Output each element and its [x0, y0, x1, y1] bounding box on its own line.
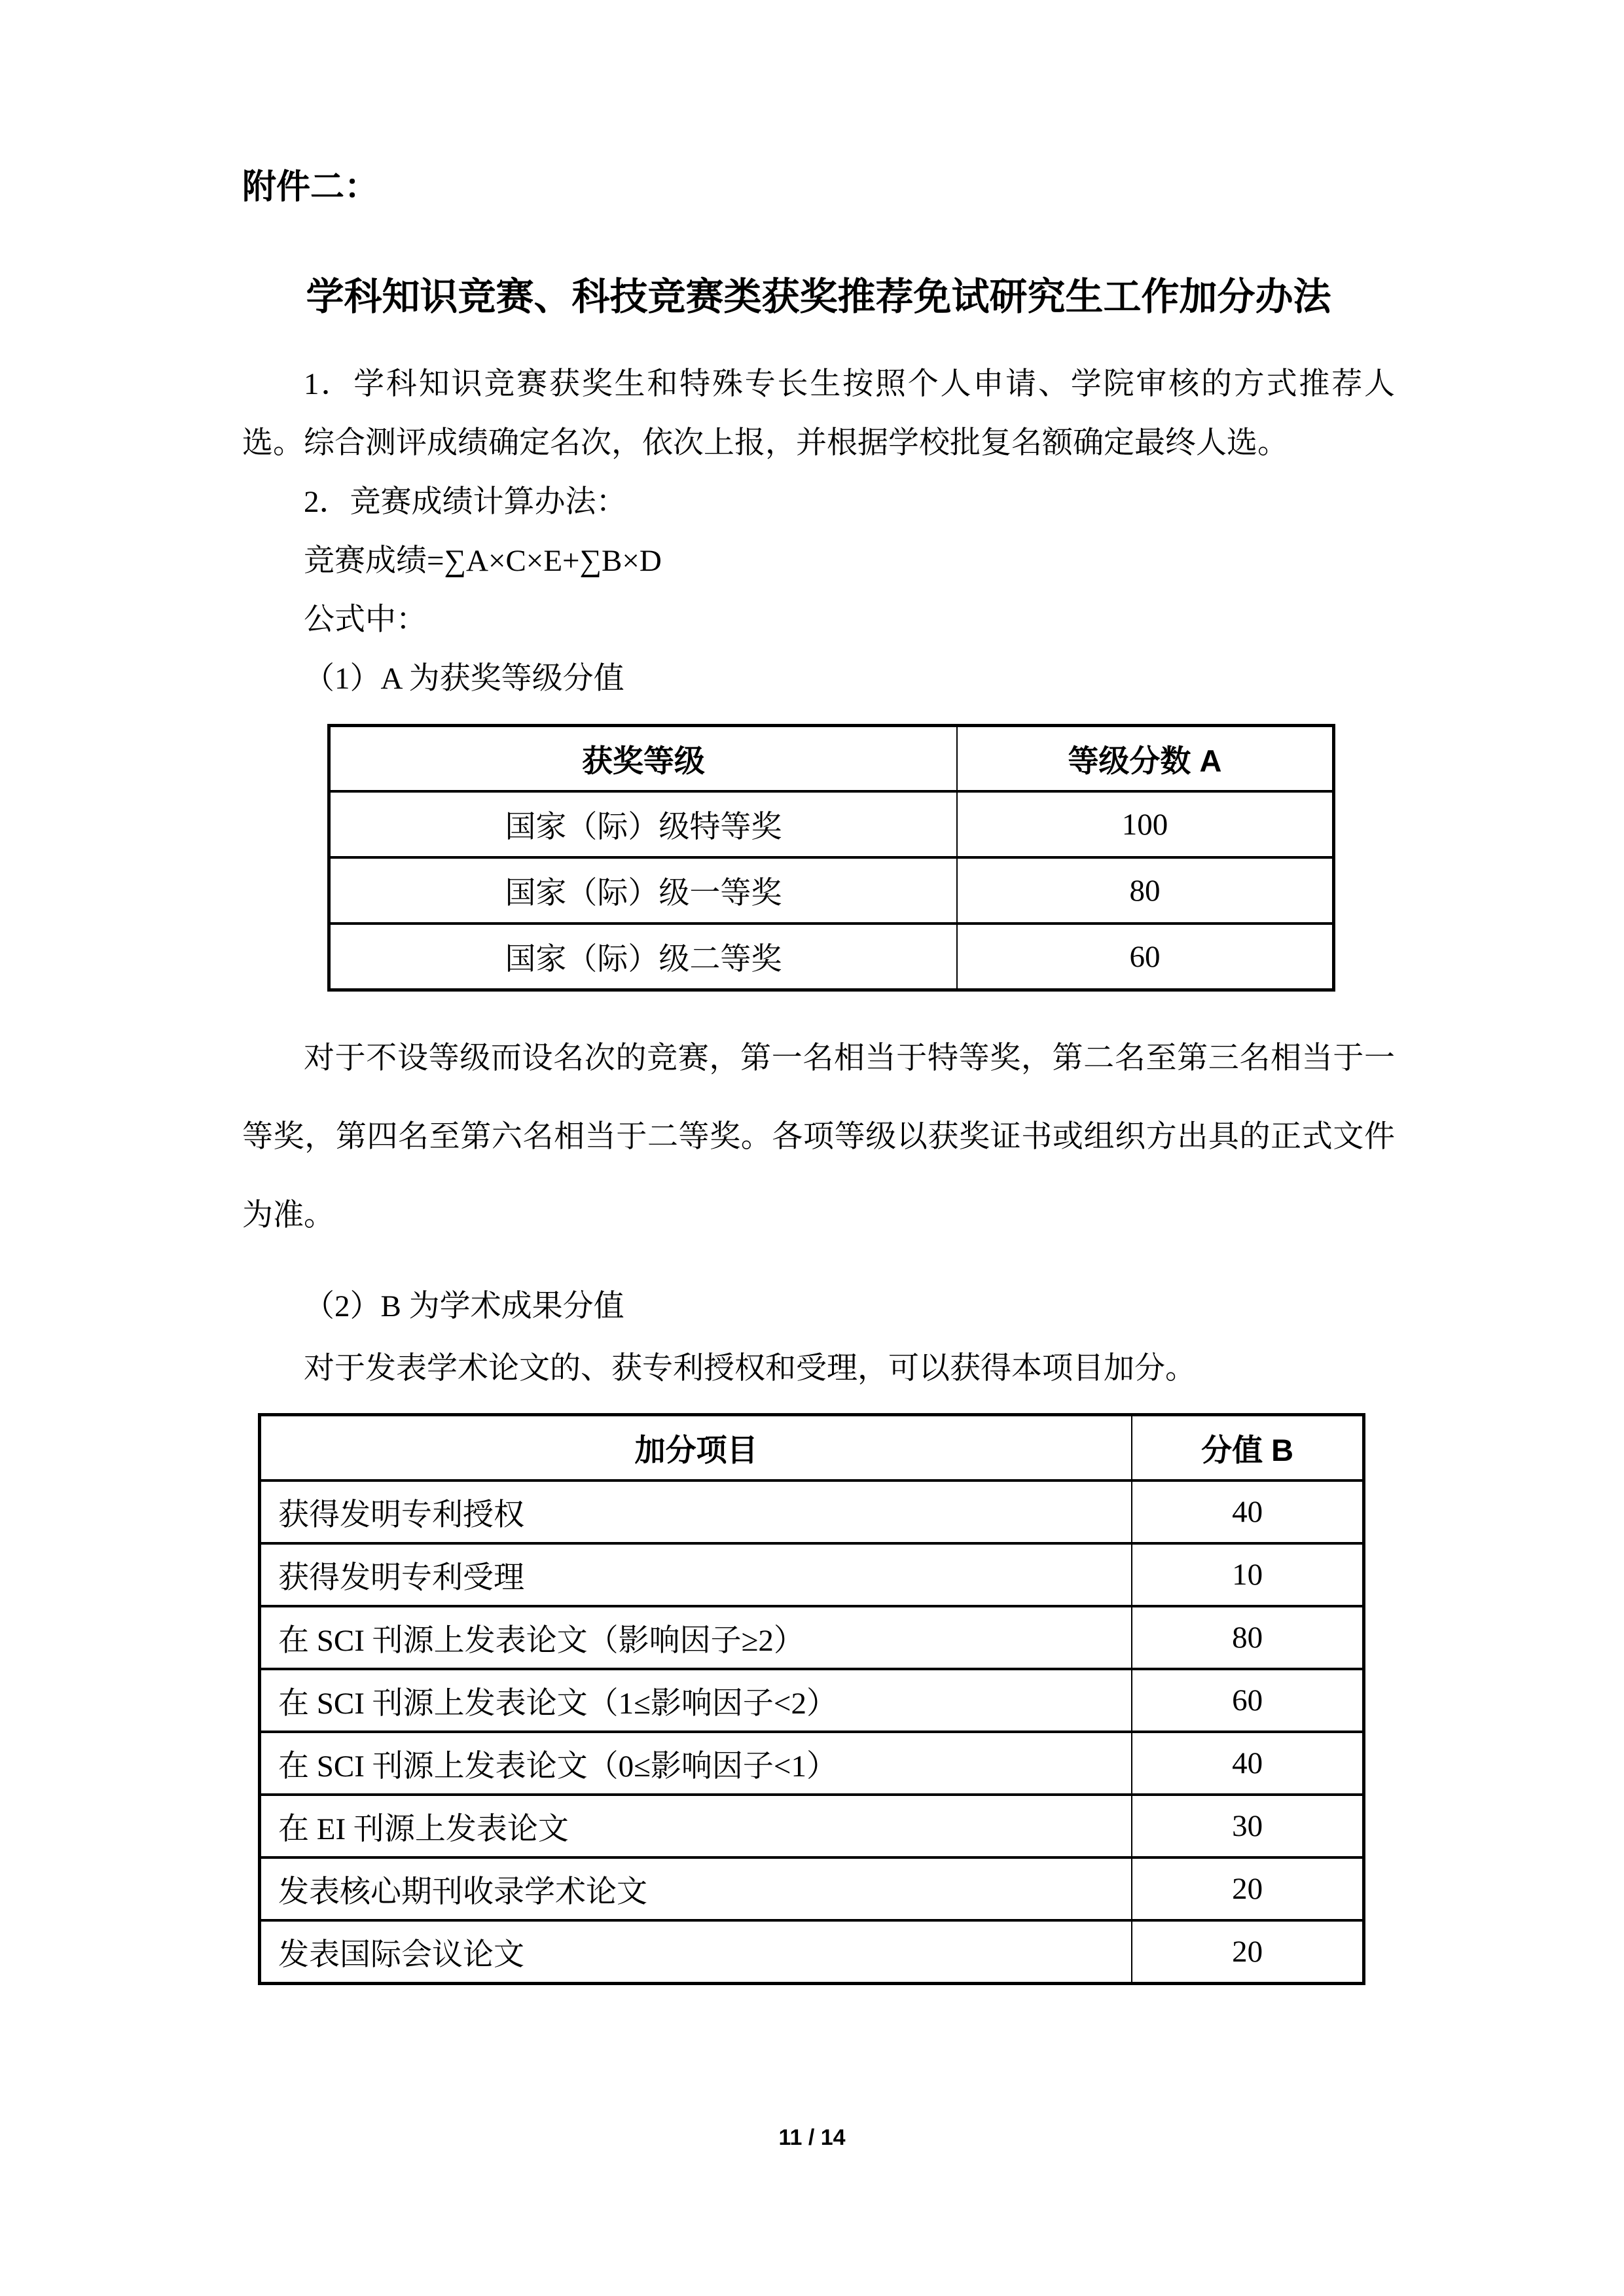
score-b-header: 分值 B: [1132, 1415, 1363, 1481]
table-row: 国家（际）级二等奖60: [329, 924, 1334, 990]
paragraph-selection-method: 1．学科知识竞赛获奖生和特殊专长生按照个人申请、学院审核的方式推荐人选。综合测评…: [242, 355, 1395, 473]
document-page: 附件二： 学科知识竞赛、科技竞赛类获奖推荐免试研究生工作加分办法 1．学科知识竞…: [0, 0, 1624, 2296]
section-b-label: （2）B 为学术成果分值: [242, 1276, 1395, 1338]
paragraph-academic-bonus: 对于发表学术论文的、获专利授权和受理，可以获得本项目加分。: [242, 1338, 1395, 1400]
table-header-row: 加分项目 分值 B: [260, 1415, 1364, 1481]
table-header-row: 获奖等级 等级分数 A: [329, 726, 1334, 792]
table-row: 在 SCI 刊源上发表论文（1≤影响因子<2）60: [260, 1669, 1364, 1732]
bonus-item-header: 加分项目: [260, 1415, 1132, 1481]
value-cell: 100: [957, 791, 1334, 857]
item-cell: 在 EI 刊源上发表论文: [260, 1795, 1132, 1857]
value-cell: 30: [1132, 1795, 1363, 1857]
table-row: 在 EI 刊源上发表论文30: [260, 1795, 1364, 1857]
competition-score-formula: 竞赛成绩=∑A×C×E+∑B×D: [242, 531, 1395, 590]
level-score-header: 等级分数 A: [957, 726, 1334, 792]
value-cell: 20: [1132, 1920, 1363, 1984]
table-row: 发表国际会议论文20: [260, 1920, 1364, 1984]
table-row: 在 SCI 刊源上发表论文（影响因子≥2）80: [260, 1606, 1364, 1669]
item-cell: 国家（际）级二等奖: [329, 924, 957, 990]
academic-score-table: 加分项目 分值 B 获得发明专利授权40获得发明专利受理10在 SCI 刊源上发…: [258, 1413, 1365, 1985]
formula-note: 公式中：: [242, 590, 1395, 649]
value-cell: 20: [1132, 1857, 1363, 1920]
award-level-header: 获奖等级: [329, 726, 957, 792]
table-row: 获得发明专利授权40: [260, 1480, 1364, 1543]
section-a-label: （1）A 为获奖等级分值: [242, 649, 1395, 708]
value-cell: 80: [1132, 1606, 1363, 1669]
table-row: 国家（际）级特等奖100: [329, 791, 1334, 857]
paragraph-rank-equivalence: 对于不设等级而设名次的竞赛，第一名相当于特等奖，第二名至第三名相当于一等奖，第四…: [242, 1019, 1395, 1255]
page-number: 11 / 14: [0, 2125, 1624, 2151]
item-cell: 国家（际）级特等奖: [329, 791, 957, 857]
table-row: 发表核心期刊收录学术论文20: [260, 1857, 1364, 1920]
value-cell: 80: [957, 857, 1334, 924]
table-row: 获得发明专利受理10: [260, 1543, 1364, 1606]
value-cell: 40: [1132, 1480, 1363, 1543]
value-cell: 10: [1132, 1543, 1363, 1606]
value-cell: 40: [1132, 1732, 1363, 1795]
item-calculation-method: 2．竞赛成绩计算办法：: [242, 473, 1395, 531]
item-cell: 获得发明专利受理: [260, 1543, 1132, 1606]
table-row: 在 SCI 刊源上发表论文（0≤影响因子<1）40: [260, 1732, 1364, 1795]
value-cell: 60: [1132, 1669, 1363, 1732]
item-cell: 在 SCI 刊源上发表论文（1≤影响因子<2）: [260, 1669, 1132, 1732]
attachment-label: 附件二：: [242, 165, 1395, 209]
award-level-table: 获奖等级 等级分数 A 国家（际）级特等奖100国家（际）级一等奖80国家（际）…: [327, 724, 1335, 992]
item-cell: 在 SCI 刊源上发表论文（0≤影响因子<1）: [260, 1732, 1132, 1795]
item-cell: 发表国际会议论文: [260, 1920, 1132, 1984]
document-title: 学科知识竞赛、科技竞赛类获奖推荐免试研究生工作加分办法: [242, 272, 1395, 322]
item-cell: 获得发明专利授权: [260, 1480, 1132, 1543]
item-cell: 国家（际）级一等奖: [329, 857, 957, 924]
table-row: 国家（际）级一等奖80: [329, 857, 1334, 924]
item-cell: 在 SCI 刊源上发表论文（影响因子≥2）: [260, 1606, 1132, 1669]
item-cell: 发表核心期刊收录学术论文: [260, 1857, 1132, 1920]
value-cell: 60: [957, 924, 1334, 990]
